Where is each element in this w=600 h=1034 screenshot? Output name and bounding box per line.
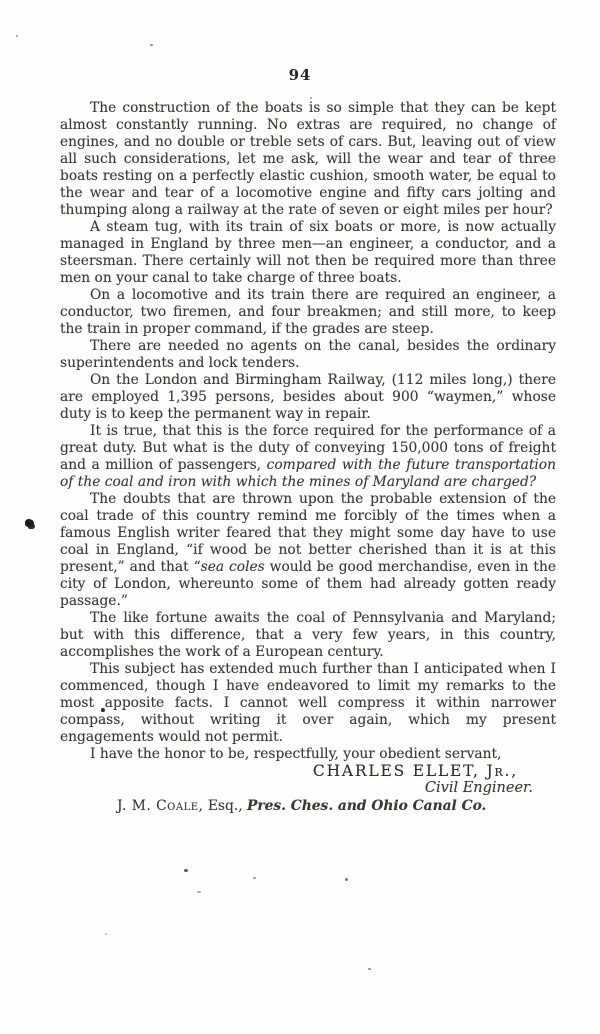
document-page: 94 The construction of the boats is so s… xyxy=(0,0,600,1034)
ink-speck xyxy=(546,160,550,162)
ink-speck xyxy=(310,97,312,99)
ink-speck xyxy=(101,708,105,712)
paragraph-5: On the London and Birmingham Railway, (1… xyxy=(60,372,556,423)
ink-blot xyxy=(25,519,34,527)
paragraph-1-text: The construction of the boats is so simp… xyxy=(60,100,556,218)
paragraph-7: The doubts that are thrown upon the prob… xyxy=(60,491,556,610)
paragraph-4-text: There are needed no agents on the canal,… xyxy=(60,338,556,371)
paragraph-8-text: The like fortune awaits the coal of Penn… xyxy=(60,610,556,660)
paragraph-8: The like fortune awaits the coal of Penn… xyxy=(60,610,556,661)
ink-speck xyxy=(105,933,107,935)
ink-speck xyxy=(253,877,256,879)
ink-speck xyxy=(197,891,201,893)
paragraph-5-text: On the London and Birmingham Railway, (1… xyxy=(60,372,556,422)
addressee-name: J. M. Coale, xyxy=(117,798,203,814)
ink-speck xyxy=(16,35,18,37)
salutation-line: I have the honor to be, respectfully, yo… xyxy=(60,746,556,763)
ink-speck xyxy=(184,869,188,872)
paragraph-9-text: This subject has extended much further t… xyxy=(60,661,556,745)
paragraph-6: It is true, that this is the force requi… xyxy=(60,423,556,491)
paragraph-2: A steam tug, with its train of six boats… xyxy=(60,219,556,287)
paragraph-9: This subject has extended much further t… xyxy=(60,661,556,746)
letter-body: The construction of the boats is so simp… xyxy=(60,100,556,815)
paragraph-1: The construction of the boats is so simp… xyxy=(60,100,556,219)
addressee-line: J. M. Coale, Esq., Pres. Ches. and Ohio … xyxy=(60,798,556,815)
paragraph-7-italic-text: sea coles xyxy=(201,559,265,575)
addressee-title: Pres. Ches. and Ohio Canal Co. xyxy=(247,798,486,814)
ink-speck xyxy=(150,44,153,46)
paragraph-2-text: A steam tug, with its train of six boats… xyxy=(60,219,556,286)
paragraph-4: There are needed no agents on the canal,… xyxy=(60,338,556,372)
ink-speck xyxy=(345,878,348,881)
salutation-text: I have the honor to be, respectfully, yo… xyxy=(90,746,501,762)
page-number: 94 xyxy=(0,66,600,84)
signature-title: Civil Engineer. xyxy=(60,780,556,797)
paragraph-3-text: On a locomotive and its train there are … xyxy=(60,287,556,337)
signature-name: CHARLES ELLET, Jr., xyxy=(60,763,556,780)
ink-speck xyxy=(368,968,371,970)
paragraph-3: On a locomotive and its train there are … xyxy=(60,287,556,338)
addressee-esq: Esq., xyxy=(203,798,247,814)
